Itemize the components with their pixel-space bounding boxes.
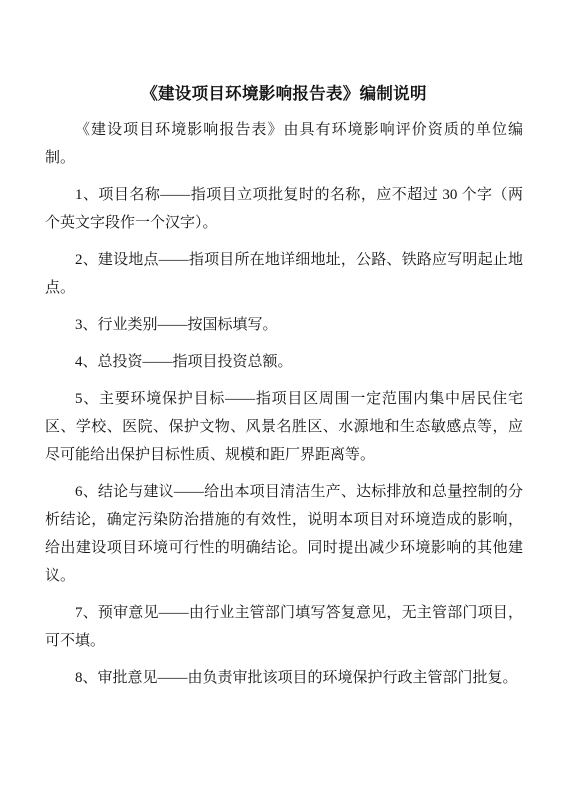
item-5-environmental-protection-targets: 5、主要环境保护目标——指项目区周围一定范围内集中居民住宅区、学校、医院、保护文… xyxy=(45,385,523,469)
document-page: 《建设项目环境影响报告表》编制说明 《建设项目环境影响报告表》由具有环境影响评价… xyxy=(0,0,565,800)
item-8-approval-opinion: 8、审批意见——由负责审批该项目的环境保护行政主管部门批复。 xyxy=(45,664,523,692)
document-title: 《建设项目环境影响报告表》编制说明 xyxy=(45,84,523,104)
item-2-construction-site: 2、建设地点——指项目所在地详细地址，公路、铁路应写明起止地点。 xyxy=(45,246,523,302)
item-4-total-investment: 4、总投资——指项目投资总额。 xyxy=(45,348,523,376)
intro-paragraph: 《建设项目环境影响报告表》由具有环境影响评价资质的单位编制。 xyxy=(45,116,523,172)
item-6-conclusions-and-suggestions: 6、结论与建议——给出本项目清洁生产、达标排放和总量控制的分析结论，确定污染防治… xyxy=(45,478,523,590)
item-1-project-name: 1、项目名称——指项目立项批复时的名称，应不超过 30 个字（两个英文字段作一个… xyxy=(45,181,523,237)
item-7-preliminary-review-opinion: 7、预审意见——由行业主管部门填写答复意见，无主管部门项目，可不填。 xyxy=(45,599,523,655)
item-3-industry-category: 3、行业类别——按国标填写。 xyxy=(45,311,523,339)
